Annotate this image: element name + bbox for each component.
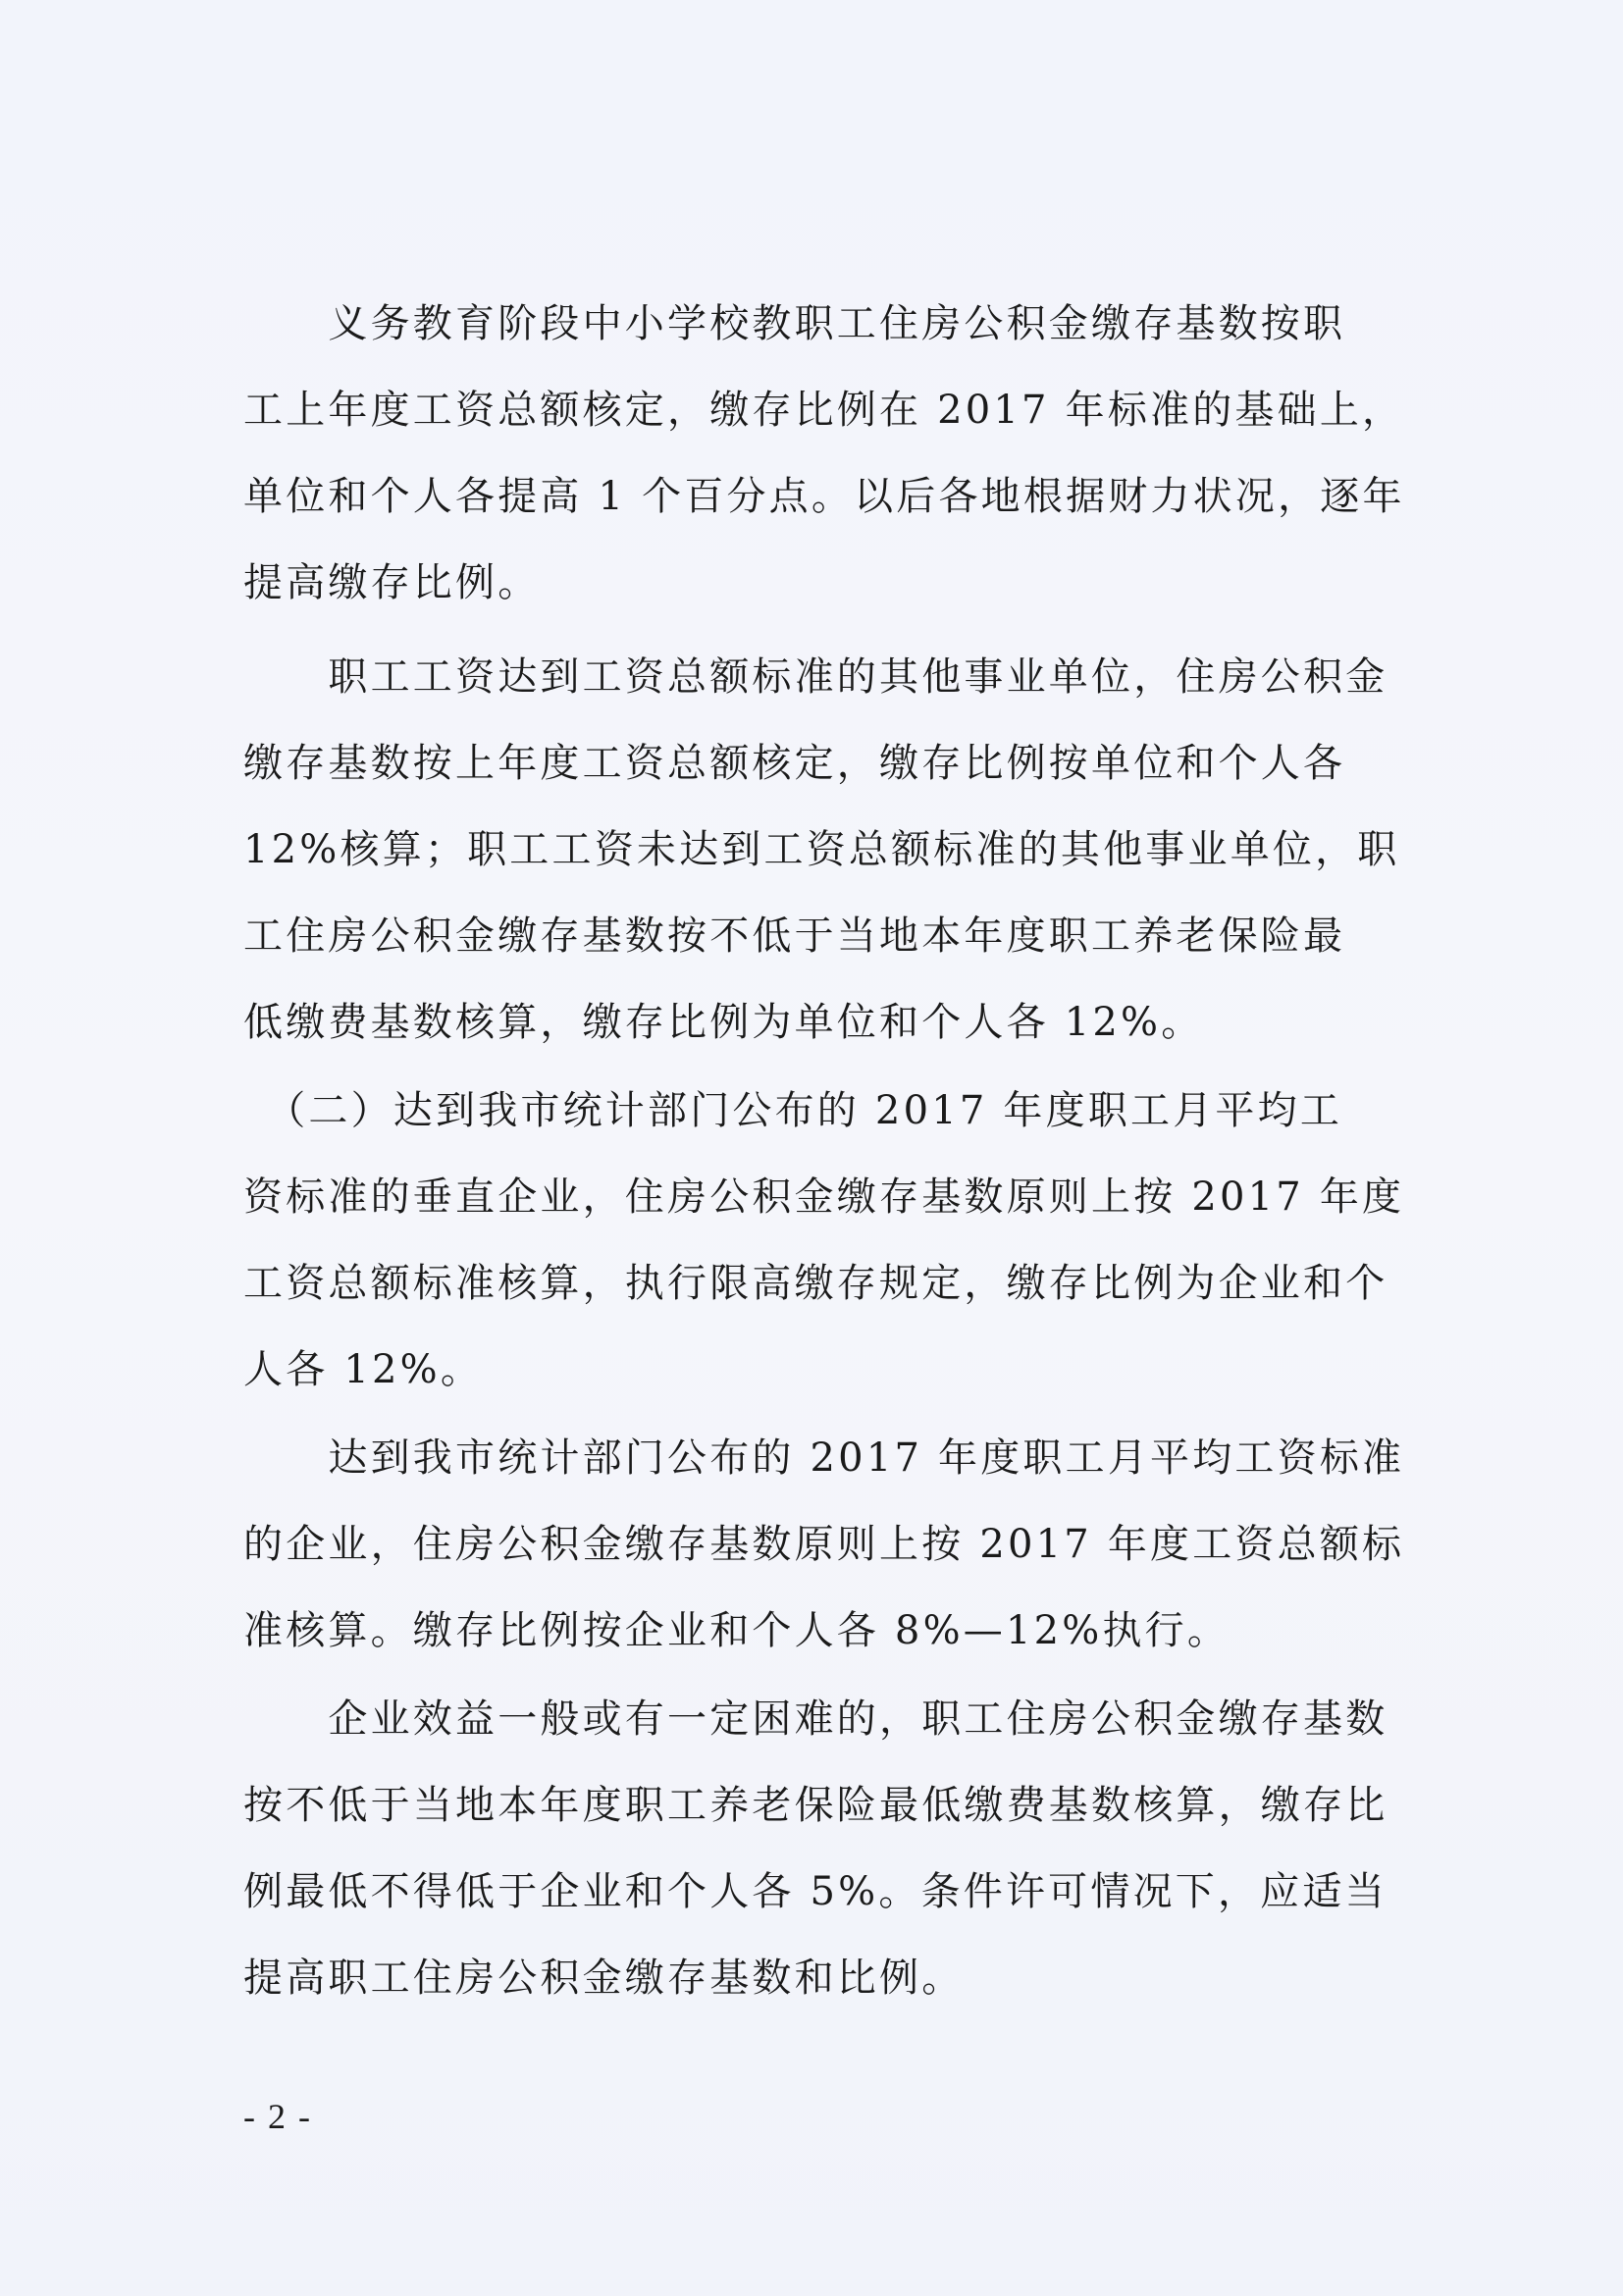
text-line: 工住房公积金缴存基数按不低于当地本年度职工养老保险最 [243, 913, 1411, 960]
text-line: 提高职工住房公积金缴存基数和比例。 [243, 1955, 1411, 2002]
text-line: 缴存基数按上年度工资总额核定，缴存比例按单位和个人各 [243, 740, 1411, 787]
text-line: 达到我市统计部门公布的 2017 年度职工月平均工资标准 [243, 1435, 1411, 1482]
text-line: 12%核算；职工工资未达到工资总额标准的其他事业单位，职 [243, 826, 1411, 873]
text-line: 资标准的垂直企业，住房公积金缴存基数原则上按 2017 年度 [243, 1174, 1411, 1221]
text-line: 的企业，住房公积金缴存基数原则上按 2017 年度工资总额标 [243, 1521, 1411, 1568]
page-number: - 2 - [243, 2096, 312, 2137]
text-line: 职工工资达到工资总额标准的其他事业单位，住房公积金 [243, 653, 1411, 701]
text-line: 义务教育阶段中小学校教职工住房公积金缴存基数按职 [243, 300, 1411, 347]
text-line: 企业效益一般或有一定困难的，职工住房公积金缴存基数 [243, 1696, 1411, 1743]
text-line: （二）达到我市统计部门公布的 2017 年度职工月平均工 [243, 1087, 1411, 1134]
text-line: 工上年度工资总额核定，缴存比例在 2017 年标准的基础上， [243, 387, 1411, 434]
text-line: 单位和个人各提高 1 个百分点。以后各地根据财力状况，逐年 [243, 473, 1411, 520]
text-line: 按不低于当地本年度职工养老保险最低缴费基数核算，缴存比 [243, 1782, 1411, 1829]
text-line: 低缴费基数核算，缴存比例为单位和个人各 12%。 [243, 999, 1411, 1046]
text-line: 准核算。缴存比例按企业和个人各 8%—12%执行。 [243, 1607, 1411, 1654]
text-line: 人各 12%。 [243, 1346, 1411, 1393]
text-line: 工资总额标准核算，执行限高缴存规定，缴存比例为企业和个 [243, 1260, 1411, 1307]
text-line: 例最低不得低于企业和个人各 5%。条件许可情况下，应适当 [243, 1868, 1411, 1915]
text-line: 提高缴存比例。 [243, 559, 1411, 606]
document-page: 义务教育阶段中小学校教职工住房公积金缴存基数按职 工上年度工资总额核定，缴存比例… [0, 0, 1623, 2296]
